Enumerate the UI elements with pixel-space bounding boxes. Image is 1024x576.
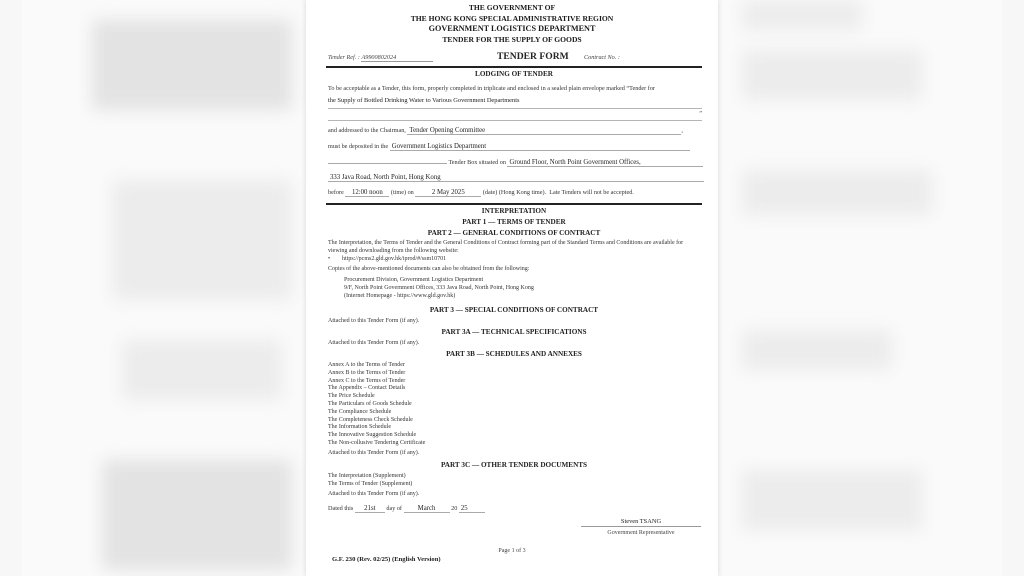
day-of-label: day of	[386, 505, 402, 512]
address-value: 333 Java Road, North Point, Hong Kong	[328, 174, 704, 182]
list-item: The Particulars of Goods Schedule	[328, 401, 702, 409]
blur-block	[742, 170, 932, 215]
header-line-3: GOVERNMENT LOGISTICS DEPARTMENT	[306, 24, 718, 35]
list-item: Annex C to the Terms of Tender	[328, 378, 702, 386]
blur-block	[92, 20, 292, 110]
list-item: The Information Schedule	[328, 424, 702, 432]
century: 20	[451, 505, 457, 512]
list-item: Annex B to the Terms of Tender	[328, 370, 702, 378]
part3c-title: PART 3C — OTHER TENDER DOCUMENTS	[326, 461, 702, 469]
box-label: Tender Box situated on	[448, 159, 505, 166]
tender-ref: Tender Ref. : A9900802024	[328, 54, 433, 62]
list-item: The Terms of Tender (Supplement)	[328, 481, 702, 489]
date-value: 2 May 2025	[415, 189, 481, 197]
header-line-1: THE GOVERNMENT OF	[306, 3, 718, 14]
chairman-label: and addressed to the Chairman,	[328, 127, 406, 134]
blur-block	[112, 180, 292, 300]
blur-block	[742, 330, 892, 370]
tender-form-page: THE GOVERNMENT OF THE HONG KONG SPECIAL …	[306, 0, 718, 576]
list-item: The Appendix – Contact Details	[328, 385, 702, 393]
deposit-row: must be deposited in the Government Logi…	[328, 143, 702, 151]
form-number: G.F. 230 (Rev. 02/25) (English Version)	[332, 556, 441, 563]
interpretation-para: The Interpretation, the Terms of Tender …	[328, 240, 702, 256]
signatory-role: Government Representative	[581, 530, 701, 536]
dated-row: Dated this 21st day of March 20 25	[328, 505, 702, 513]
header-line-2: THE HONG KONG SPECIAL ADMINISTRATIVE REG…	[306, 14, 718, 25]
blur-block	[102, 460, 292, 570]
list-item: Annex A to the Terms of Tender	[328, 362, 702, 370]
interpretation-title: INTERPRETATION	[326, 207, 702, 215]
part3-title: PART 3 — SPECIAL CONDITIONS OF CONTRACT	[326, 306, 702, 314]
comma: ,	[681, 127, 683, 134]
deposit-label: must be deposited in the	[328, 143, 388, 150]
part3a-note: Attached to this Tender Form (if any).	[328, 340, 702, 348]
schedules-list: Annex A to the Terms of Tender Annex B t…	[328, 362, 702, 458]
url-item: •https://pcms2.gld.gov.hk/iprod/#/ssm107…	[328, 256, 702, 264]
interpretation-body: The Interpretation, the Terms of Tender …	[328, 240, 702, 301]
list-item: The Compliance Schedule	[328, 409, 702, 417]
late-notice: Late Tenders will not be accepted.	[549, 189, 634, 196]
end-quote: ”	[328, 110, 702, 117]
tender-box-row: Tender Box situated on Ground Floor, Nor…	[328, 159, 702, 167]
blur-block	[742, 50, 922, 100]
time-label: (time) on	[391, 189, 414, 196]
form-title: TENDER FORM	[497, 51, 569, 62]
blurred-left-panel	[22, 0, 302, 576]
blur-block	[742, 470, 922, 530]
before-label: before	[328, 189, 344, 196]
tender-ref-label: Tender Ref. :	[328, 54, 360, 61]
blank-field	[328, 163, 447, 164]
list-item: The Interpretation (Supplement)	[328, 473, 702, 481]
page-number: Page 1 of 3	[306, 548, 718, 554]
dated-label: Dated this	[328, 505, 353, 512]
part3-note: Attached to this Tender Form (if any).	[328, 318, 702, 326]
list-item: The Non-collusive Tendering Certificate	[328, 440, 702, 448]
month-value: March	[404, 505, 450, 513]
year-value: 25	[459, 505, 485, 513]
deadline-row: before 12:00 noon (time) on 2 May 2025 (…	[328, 189, 702, 197]
field-underline	[328, 108, 702, 109]
list-item: The Innovative Suggestion Schedule	[328, 432, 702, 440]
divider	[326, 66, 702, 68]
document-header: THE GOVERNMENT OF THE HONG KONG SPECIAL …	[306, 3, 718, 45]
part3b-title: PART 3B — SCHEDULES AND ANNEXES	[326, 350, 702, 358]
part2-title: PART 2 — GENERAL CONDITIONS OF CONTRACT	[326, 229, 702, 237]
address-line-2: 9/F, North Point Government Offices, 333…	[328, 285, 702, 293]
contract-no-label: Contract No. :	[584, 54, 620, 61]
blur-block	[122, 340, 282, 400]
field-underline	[328, 120, 702, 121]
blurred-right-panel	[722, 0, 1002, 576]
box-value: Ground Floor, North Point Government Off…	[507, 159, 703, 167]
address-line-1: Procurement Division, Government Logisti…	[328, 277, 702, 285]
copies-para: Copies of the above-mentioned documents …	[328, 266, 702, 274]
list-item: The Price Schedule	[328, 393, 702, 401]
signature-block: Steven TSANG Government Representative	[581, 518, 701, 536]
blur-block	[742, 0, 862, 30]
tender-ref-value: A9900802024	[361, 54, 433, 62]
header-line-4: TENDER FOR THE SUPPLY OF GOODS	[306, 35, 718, 46]
signatory-name: Steven TSANG	[581, 518, 701, 527]
day-value: 21st	[355, 505, 385, 513]
bullet: •	[328, 256, 342, 264]
chairman-value: Tender Opening Committee	[407, 127, 681, 135]
other-docs-list: The Interpretation (Supplement) The Term…	[328, 473, 702, 498]
address-row: 333 Java Road, North Point, Hong Kong	[328, 174, 702, 182]
address-line-3: (Internet Homepage - https://www.gld.gov…	[328, 293, 702, 301]
deposit-value: Government Logistics Department	[390, 143, 690, 151]
part3a-title: PART 3A — TECHNICAL SPECIFICATIONS	[326, 328, 702, 336]
part3b-note: Attached to this Tender Form (if any).	[328, 450, 702, 458]
time-value: 12:00 noon	[345, 189, 389, 197]
chairman-row: and addressed to the Chairman, Tender Op…	[328, 127, 702, 135]
date-label: (date) (Hong Kong time).	[483, 189, 546, 196]
divider	[326, 203, 702, 205]
tender-subject: the Supply of Bottled Drinking Water to …	[328, 97, 702, 104]
pcms-link[interactable]: https://pcms2.gld.gov.hk/iprod/#/ssm1070…	[342, 256, 446, 262]
part3c-note: Attached to this Tender Form (if any).	[328, 491, 702, 499]
part1-title: PART 1 — TERMS OF TENDER	[326, 218, 702, 226]
reference-row: Tender Ref. : A9900802024 TENDER FORM Co…	[328, 52, 702, 64]
lodging-intro: To be acceptable as a Tender, this form,…	[328, 85, 702, 92]
lodging-title: LODGING OF TENDER	[326, 70, 702, 78]
